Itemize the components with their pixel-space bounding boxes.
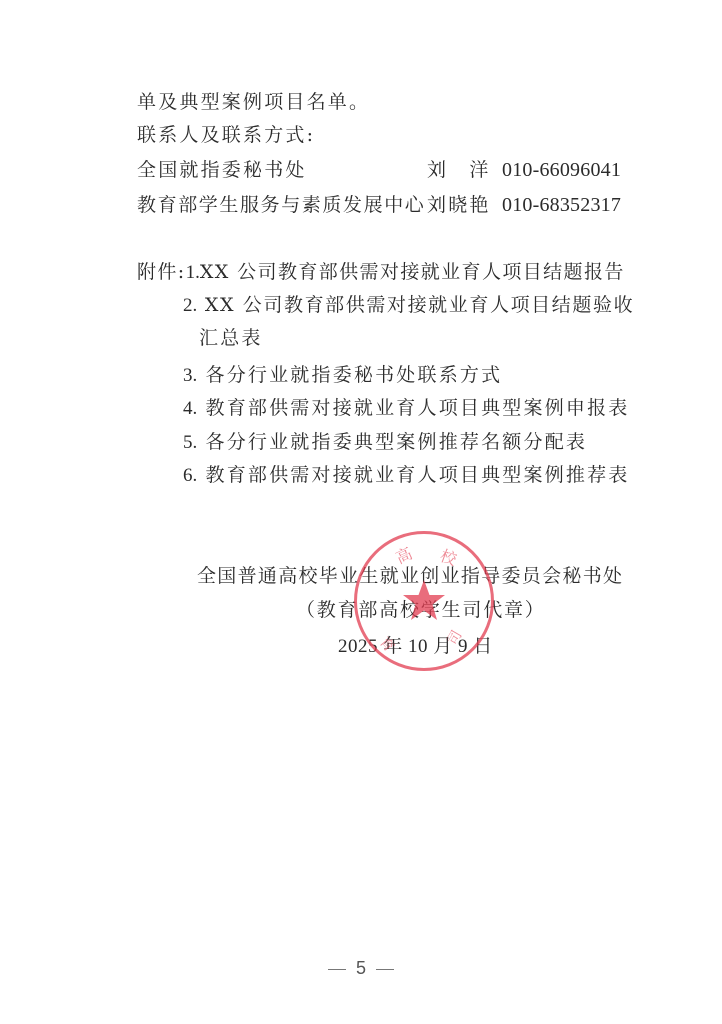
signature-date: 2025 年 10 月 9 日 bbox=[338, 635, 493, 659]
attachment-text: 各分行业就指委秘书处联系方式 bbox=[206, 364, 503, 386]
page-number-value: 5 bbox=[356, 958, 366, 978]
attachment-item-4: 4. 教育部供需对接就业育人项目典型案例申报表 bbox=[183, 396, 630, 421]
contact-person: 刘 洋 bbox=[427, 158, 491, 182]
attachments-label: 附件: bbox=[137, 261, 186, 283]
attachment-number: 4. bbox=[183, 398, 197, 419]
contact-org: 全国就指委秘书处 bbox=[137, 158, 307, 182]
attachment-item-5: 5. 各分行业就指委典型案例推荐名额分配表 bbox=[183, 430, 587, 455]
attachment-number: 6. bbox=[183, 465, 197, 486]
attachment-item-2: 2. XX 公司教育部供需对接就业育人项目结题验收 bbox=[183, 293, 634, 318]
attachment-number: 3. bbox=[183, 365, 197, 386]
page-number-dash-left bbox=[328, 969, 346, 970]
signature-org: 全国普通高校毕业生就业创业指导委员会秘书处 bbox=[197, 564, 623, 588]
attachment-number: 2. bbox=[183, 295, 197, 316]
intro-tail-text: 单及典型案例项目名单。 bbox=[137, 90, 370, 114]
signature-proxy: （教育部高校学生司代章） bbox=[296, 598, 546, 622]
attachment-number: 1. bbox=[186, 262, 200, 283]
contact-org: 教育部学生服务与素质发展中心 bbox=[137, 193, 425, 217]
attachment-item-3: 3. 各分行业就指委秘书处联系方式 bbox=[183, 363, 502, 388]
attachment-item-2-continuation: 汇总表 bbox=[199, 326, 263, 350]
attachment-item-6: 6. 教育部供需对接就业育人项目典型案例推荐表 bbox=[183, 463, 630, 488]
attachment-number: 5. bbox=[183, 432, 197, 453]
contacts-heading: 联系人及联系方式: bbox=[137, 123, 315, 147]
contact-person: 刘晓艳 bbox=[427, 193, 491, 217]
page-number-dash-right bbox=[376, 969, 394, 970]
contact-phone: 010-66096041 bbox=[502, 158, 621, 182]
attachment-text: 各分行业就指委典型案例推荐名额分配表 bbox=[206, 431, 588, 453]
attachment-item-1: 附件:1.XX 公司教育部供需对接就业育人项目结题报告 bbox=[137, 260, 625, 285]
attachment-text: 教育部供需对接就业育人项目典型案例推荐表 bbox=[206, 464, 630, 486]
attachment-text: 教育部供需对接就业育人项目典型案例申报表 bbox=[206, 397, 630, 419]
attachment-text: XX 公司教育部供需对接就业育人项目结题报告 bbox=[200, 261, 625, 283]
attachment-text: XX 公司教育部供需对接就业育人项目结题验收 bbox=[205, 294, 634, 316]
contact-phone: 010-68352317 bbox=[502, 193, 621, 217]
page-number: 5 bbox=[0, 958, 722, 979]
